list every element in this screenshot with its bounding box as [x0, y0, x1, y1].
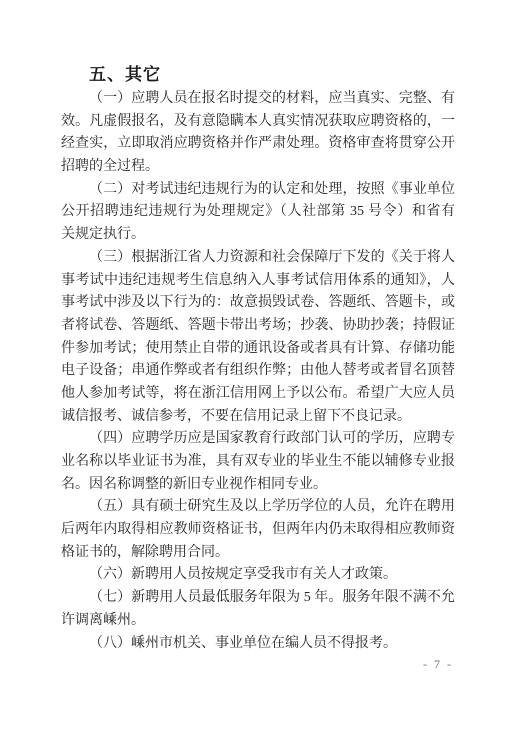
text-line: 招聘的全过程。	[61, 156, 455, 179]
section-heading: 五、其它	[61, 61, 455, 88]
text-line: 件参加考试；使用禁止自带的通讯设备或者具有计算、存储功能	[61, 338, 455, 361]
text-line: 者将试卷、答题纸、答题卡带出考场；抄袭、协助抄袭；持假证	[61, 315, 455, 338]
text-line: 经查实，立即取消应聘资格并作严肃处理。资格审查将贯穿公开	[61, 133, 455, 156]
text-line: 电子设备；串通作弊或者有组织作弊；由他人替考或者冒名顶替	[61, 360, 455, 383]
text-line: 他人参加考试等，将在浙江信用网上予以公布。希望广大应人员	[61, 383, 455, 406]
page-number: - 7 -	[423, 657, 453, 672]
paragraph: （七）新聘用人员最低服务年限为 5 年。服务年限不满不允许调离嵊州。	[61, 587, 455, 632]
paragraph: （五）具有硕士研究生及以上学历学位的人员，允许在聘用后两年内取得相应教师资格证书…	[61, 496, 455, 564]
text-line: 事考试中违纪违规考生信息纳入人事考试信用体系的通知》，人	[61, 270, 455, 293]
paragraph: （一）应聘人员在报名时提交的材料，应当真实、完整、有效。凡虚假报名，及有意隐瞒本…	[61, 88, 455, 179]
text-line: （八）嵊州市机关、事业单位在编人员不得报考。	[61, 633, 455, 656]
paragraph: （二）对考试违纪违规行为的认定和处理，按照《事业单位公开招聘违纪违规行为处理规定…	[61, 179, 455, 247]
text-line: 名。因名称调整的新旧专业视作相同专业。	[61, 474, 455, 497]
text-line: （四）应聘学历应是国家教育行政部门认可的学历，应聘专	[61, 428, 455, 451]
paragraph: （八）嵊州市机关、事业单位在编人员不得报考。	[61, 633, 455, 656]
document-body: 五、其它 （一）应聘人员在报名时提交的材料，应当真实、完整、有效。凡虚假报名，及…	[61, 61, 455, 655]
text-line: 事考试中涉及以下行为的：故意损毁试卷、答题纸、答题卡，或	[61, 292, 455, 315]
paragraph: （四）应聘学历应是国家教育行政部门认可的学历，应聘专业名称以毕业证书为准，具有双…	[61, 428, 455, 496]
text-line: （七）新聘用人员最低服务年限为 5 年。服务年限不满不允	[61, 587, 455, 610]
text-line: 关规定执行。	[61, 224, 455, 247]
text-line: 格证书的，解除聘用合同。	[61, 542, 455, 565]
text-line: （三）根据浙江省人力资源和社会保障厅下发的《关于将人	[61, 247, 455, 270]
text-line: 公开招聘违纪违规行为处理规定》（人社部第 35 号令）和省有	[61, 201, 455, 224]
text-line: 许调离嵊州。	[61, 610, 455, 633]
paragraph: （三）根据浙江省人力资源和社会保障厅下发的《关于将人事考试中违纪违规考生信息纳入…	[61, 247, 455, 429]
text-line: 业名称以毕业证书为准，具有双专业的毕业生不能以辅修专业报	[61, 451, 455, 474]
text-line: 效。凡虚假报名，及有意隐瞒本人真实情况获取应聘资格的，一	[61, 111, 455, 134]
document-page: 五、其它 （一）应聘人员在报名时提交的材料，应当真实、完整、有效。凡虚假报名，及…	[0, 0, 515, 729]
text-line: （六）新聘用人员按规定享受我市有关人才政策。	[61, 564, 455, 587]
text-line: 后两年内取得相应教师资格证书，但两年内仍未取得相应教师资	[61, 519, 455, 542]
text-line: （一）应聘人员在报名时提交的材料，应当真实、完整、有	[61, 88, 455, 111]
text-line: （五）具有硕士研究生及以上学历学位的人员，允许在聘用	[61, 496, 455, 519]
text-line: （二）对考试违纪违规行为的认定和处理，按照《事业单位	[61, 179, 455, 202]
paragraph: （六）新聘用人员按规定享受我市有关人才政策。	[61, 564, 455, 587]
paragraphs-container: （一）应聘人员在报名时提交的材料，应当真实、完整、有效。凡虚假报名，及有意隐瞒本…	[61, 88, 455, 655]
text-line: 诚信报考、诚信参考，不要在信用记录上留下不良记录。	[61, 406, 455, 429]
